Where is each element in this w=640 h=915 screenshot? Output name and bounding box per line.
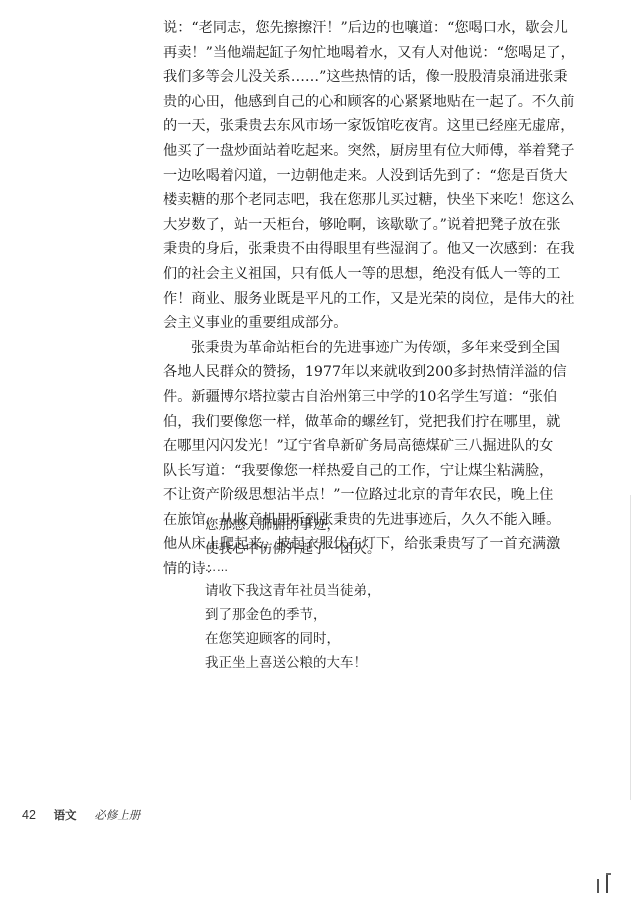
text-line: 在哪里闪闪发光！”辽宁省阜新矿务局高德煤矿三八掘进队的女 — [163, 434, 533, 459]
text-line: 不让资产阶级思想沾半点！”一位路过北京的青年农民，晚上住 — [163, 483, 533, 508]
text-line: 一边吆喝着闪道，一边朝他走来。人没到话先到了：“您是百货大 — [163, 164, 533, 189]
text-line: 再卖！”当他端起缸子匆忙地喝着水，又有人对他说：“您喝足了， — [163, 41, 533, 66]
poem-line: 我正坐上喜送公粮的大车！ — [205, 651, 425, 675]
book-volume: 必修上册 — [94, 808, 140, 822]
poem-line: 请收下我这青年社员当徒弟， — [205, 579, 425, 603]
scan-mark-bar — [606, 875, 608, 893]
paragraph-1: 说：“老同志，您先擦擦汗！”后边的也嚷道：“您喝口水，歇会儿 再卖！”当他端起缸… — [163, 16, 533, 336]
body-text: 说：“老同志，您先擦擦汗！”后边的也嚷道：“您喝口水，歇会儿 再卖！”当他端起缸… — [163, 16, 533, 582]
text-line: 伯，我们要像您一样，做革命的螺丝钉，党把我们拧在哪里，就 — [163, 410, 533, 435]
page-footer: 42 语文 必修上册 — [22, 807, 140, 823]
poem-line: 在您笑迎顾客的同时， — [205, 627, 425, 651]
text-line: 他买了一盘炒面站着吃起来。突然，厨房里有位大师傅，举着凳子 — [163, 139, 533, 164]
text-line: 各地人民群众的赞扬，1977年以来就收到200多封热情洋溢的信 — [163, 360, 533, 385]
text-line: 张秉贵为革命站柜台的先进事迹广为传颂，多年来受到全国 — [163, 336, 533, 361]
poem-ellipsis: …… — [205, 561, 425, 579]
text-line: 楼卖糖的那个老同志吧，我在您那儿买过糖，快坐下来吃！您这么 — [163, 188, 533, 213]
text-line: 贵的心田，他感到自己的心和顾客的心紧紧地贴在一起了。不久前 — [163, 90, 533, 115]
text-line: 大岁数了，站一天柜台，够呛啊，该歇歇了。”说着把凳子放在张 — [163, 213, 533, 238]
poem-line: 使我心中仿佛升起了一团火。 — [205, 537, 425, 561]
text-line: 我们多等会儿没关系……”这些热情的话，像一股股清泉涌进张秉 — [163, 65, 533, 90]
book-title: 语文 — [54, 808, 77, 822]
text-line: 的一天，张秉贵去东风市场一家饭馆吃夜宵。这里已经座无虚席， — [163, 114, 533, 139]
poem-line: 您那感人肺腑的事迹， — [205, 513, 425, 537]
text-line: 队长写道：“我要像您一样热爱自己的工作，宁让煤尘粘满脸， — [163, 459, 533, 484]
page-number: 42 — [22, 808, 36, 822]
text-line: 秉贵的身后，张秉贵不由得眼里有些湿润了。他又一次感到：在我 — [163, 237, 533, 262]
text-line: 说：“老同志，您先擦擦汗！”后边的也嚷道：“您喝口水，歇会儿 — [163, 16, 533, 41]
scan-mark-bar — [597, 879, 599, 893]
text-line: 们的社会主义祖国，只有低人一等的思想，绝没有低人一等的工 — [163, 262, 533, 287]
text-line: 件。新疆博尔塔拉蒙古自治州第三中学的10名学生写道：“张伯 — [163, 385, 533, 410]
scan-artifact-line — [630, 495, 631, 800]
textbook-page: 说：“老同志，您先擦擦汗！”后边的也嚷道：“您喝口水，歇会儿 再卖！”当他端起缸… — [0, 0, 640, 915]
poem-line: 到了那金色的季节， — [205, 603, 425, 627]
poem-block: 您那感人肺腑的事迹， 使我心中仿佛升起了一团火。 …… 请收下我这青年社员当徒弟… — [205, 513, 425, 675]
scan-mark-tick — [606, 873, 611, 875]
scan-artifact-mark — [597, 873, 611, 893]
text-line: 会主义事业的重要组成部分。 — [163, 311, 533, 336]
text-line: 作！商业、服务业既是平凡的工作，又是光荣的岗位，是伟大的社 — [163, 287, 533, 312]
